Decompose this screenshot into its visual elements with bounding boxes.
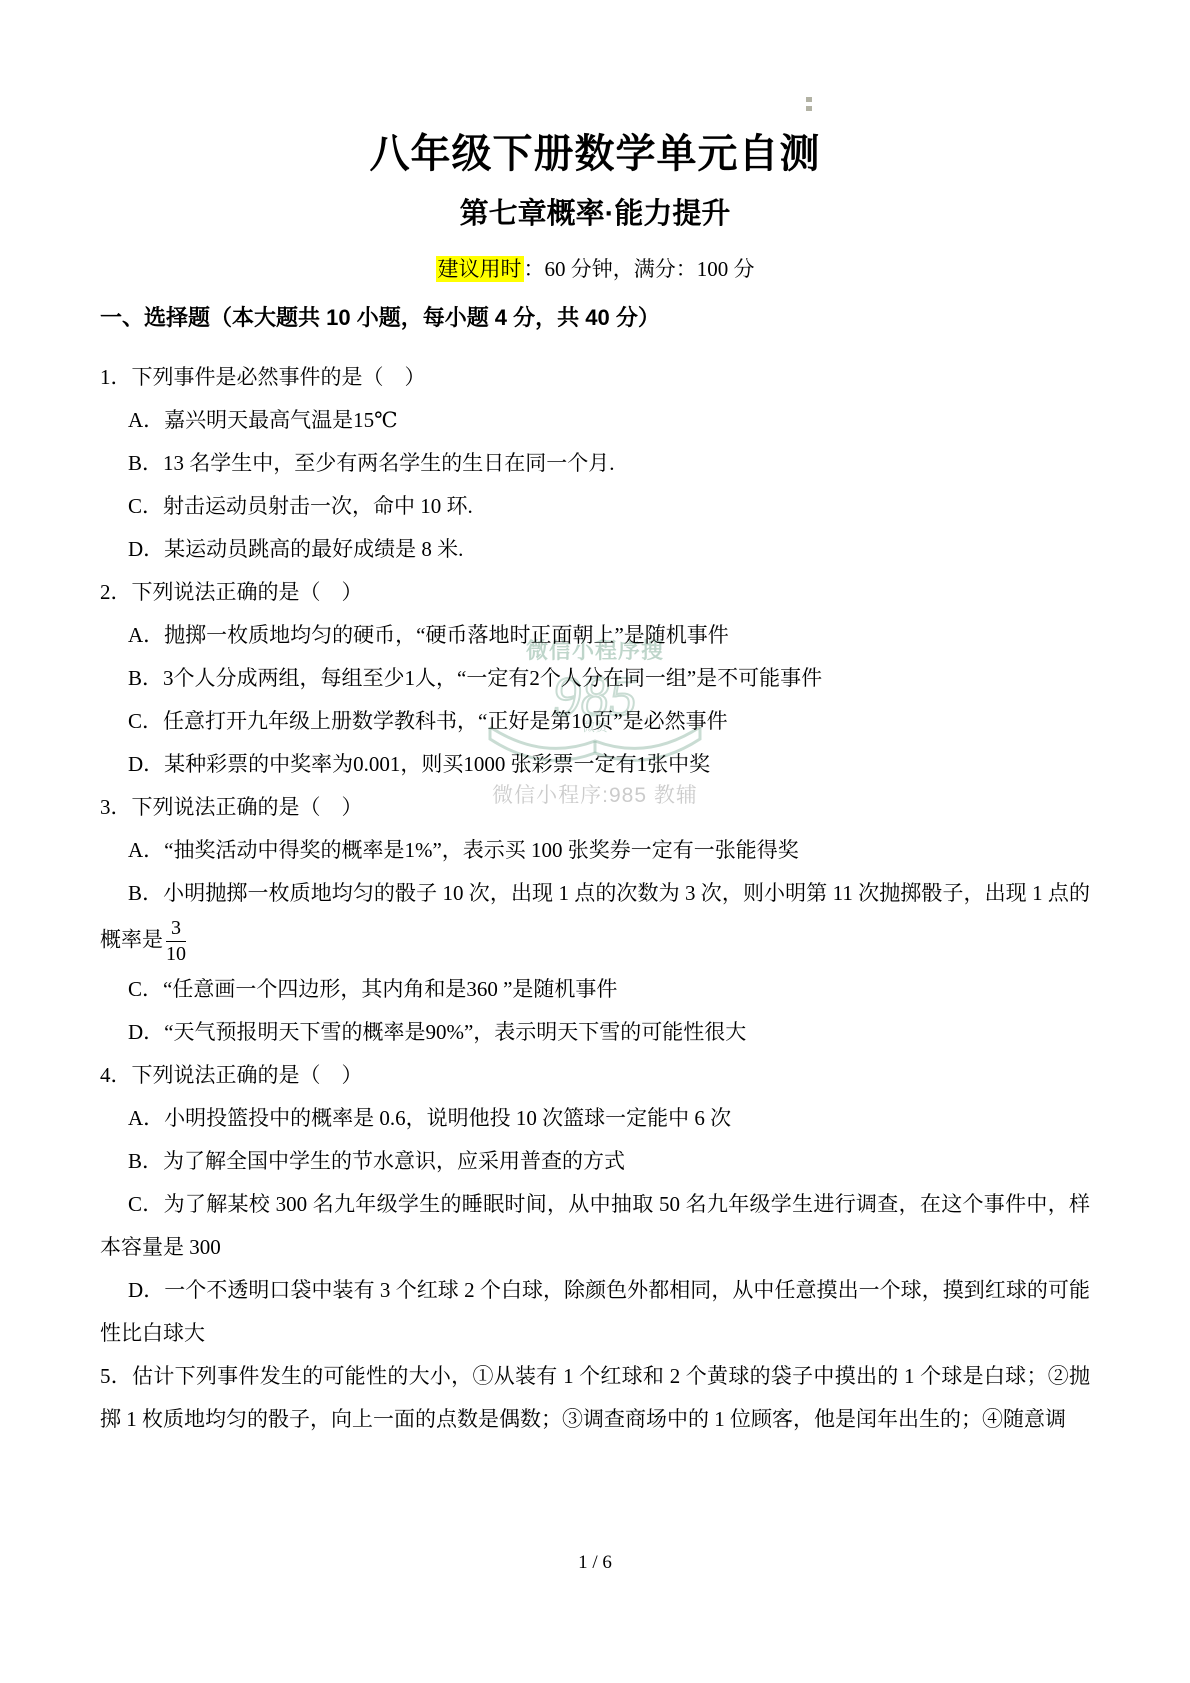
question-1-option-D: D．某运动员跳高的最好成绩是 8 米. bbox=[100, 528, 1090, 571]
questions-list: 1．下列事件是必然事件的是（ ）A．嘉兴明天最高气温是15℃B．13 名学生中，… bbox=[100, 356, 1090, 1441]
dot-icon bbox=[806, 97, 812, 102]
question-1-option-C: C．射击运动员射击一次，命中 10 环. bbox=[100, 485, 1090, 528]
question-1: 1．下列事件是必然事件的是（ ）A．嘉兴明天最高气温是15℃B．13 名学生中，… bbox=[100, 356, 1090, 571]
question-3-option-A: A．“抽奖活动中得奖的概率是1%”，表示买 100 张奖券一定有一张能得奖 bbox=[100, 829, 1090, 872]
section-header: 一、选择题（本大题共 10 小题，每小题 4 分，共 40 分） bbox=[100, 302, 1090, 333]
fraction: 310 bbox=[166, 917, 186, 966]
question-5-stem: 5．估计下列事件发生的可能性的大小，①从装有 1 个红球和 2 个黄球的袋子中摸… bbox=[100, 1355, 1090, 1441]
question-4: 4．下列说法正确的是（ ）A．小明投篮投中的概率是 0.6，说明他投 10 次篮… bbox=[100, 1054, 1090, 1355]
page-subtitle: 第七章概率·能力提升 bbox=[100, 195, 1090, 233]
question-5: 5．估计下列事件发生的可能性的大小，①从装有 1 个红球和 2 个黄球的袋子中摸… bbox=[100, 1355, 1090, 1441]
question-2-option-B: B．3个人分成两组，每组至少1人，“一定有2个人分在同一组”是不可能事件 bbox=[100, 657, 1090, 700]
question-3-option-D: D．“天气预报明天下雪的概率是90%”，表示明天下雪的可能性很大 bbox=[100, 1011, 1090, 1054]
time-label-highlighted: 建议用时 bbox=[436, 256, 524, 282]
dot-icon bbox=[806, 106, 812, 111]
exam-page: 微信小程序搜 985 微赞 微信小程序:985 教辅 八年级下册数学单元自测 第… bbox=[0, 0, 1190, 1683]
question-3-option-C: C．“任意画一个四边形，其内角和是360 ”是随机事件 bbox=[100, 968, 1090, 1011]
question-4-option-D: D．一个不透明口袋中装有 3 个红球 2 个白球，除颜色外都相同，从中任意摸出一… bbox=[100, 1269, 1090, 1355]
question-1-stem: 1．下列事件是必然事件的是（ ） bbox=[100, 356, 1090, 399]
question-4-option-B: B．为了解全国中学生的节水意识，应采用普查的方式 bbox=[100, 1140, 1090, 1183]
question-2-option-A: A．抛掷一枚质地均匀的硬币，“硬币落地时正面朝上”是随机事件 bbox=[100, 614, 1090, 657]
document-content: 八年级下册数学单元自测 第七章概率·能力提升 建议用时：60 分钟，满分：100… bbox=[0, 0, 1190, 1441]
time-info: 建议用时：60 分钟，满分：100 分 bbox=[100, 254, 1090, 284]
question-4-stem: 4．下列说法正确的是（ ） bbox=[100, 1054, 1090, 1097]
page-title: 八年级下册数学单元自测 bbox=[100, 128, 1090, 180]
question-2: 2．下列说法正确的是（ ）A．抛掷一枚质地均匀的硬币，“硬币落地时正面朝上”是随… bbox=[100, 571, 1090, 786]
question-3-stem: 3．下列说法正确的是（ ） bbox=[100, 786, 1090, 829]
question-1-option-B: B．13 名学生中，至少有两名学生的生日在同一个月. bbox=[100, 442, 1090, 485]
question-1-option-A: A．嘉兴明天最高气温是15℃ bbox=[100, 399, 1090, 442]
question-2-stem: 2．下列说法正确的是（ ） bbox=[100, 571, 1090, 614]
question-3: 3．下列说法正确的是（ ）A．“抽奖活动中得奖的概率是1%”，表示买 100 张… bbox=[100, 786, 1090, 1054]
corner-dots-artifact bbox=[806, 97, 812, 115]
question-2-option-C: C．任意打开九年级上册数学教科书，“正好是第10页”是必然事件 bbox=[100, 700, 1090, 743]
question-3-option-B: B．小明抛掷一枚质地均匀的骰子 10 次，出现 1 点的次数为 3 次，则小明第… bbox=[100, 872, 1090, 968]
time-detail: ：60 分钟，满分：100 分 bbox=[524, 257, 755, 281]
question-4-option-C: C．为了解某校 300 名九年级学生的睡眠时间，从中抽取 50 名九年级学生进行… bbox=[100, 1183, 1090, 1269]
question-2-option-D: D．某种彩票的中奖率为0.001，则买1000 张彩票一定有1张中奖 bbox=[100, 743, 1090, 786]
question-4-option-A: A．小明投篮投中的概率是 0.6，说明他投 10 次篮球一定能中 6 次 bbox=[100, 1097, 1090, 1140]
page-number: 1 / 6 bbox=[0, 1552, 1190, 1574]
